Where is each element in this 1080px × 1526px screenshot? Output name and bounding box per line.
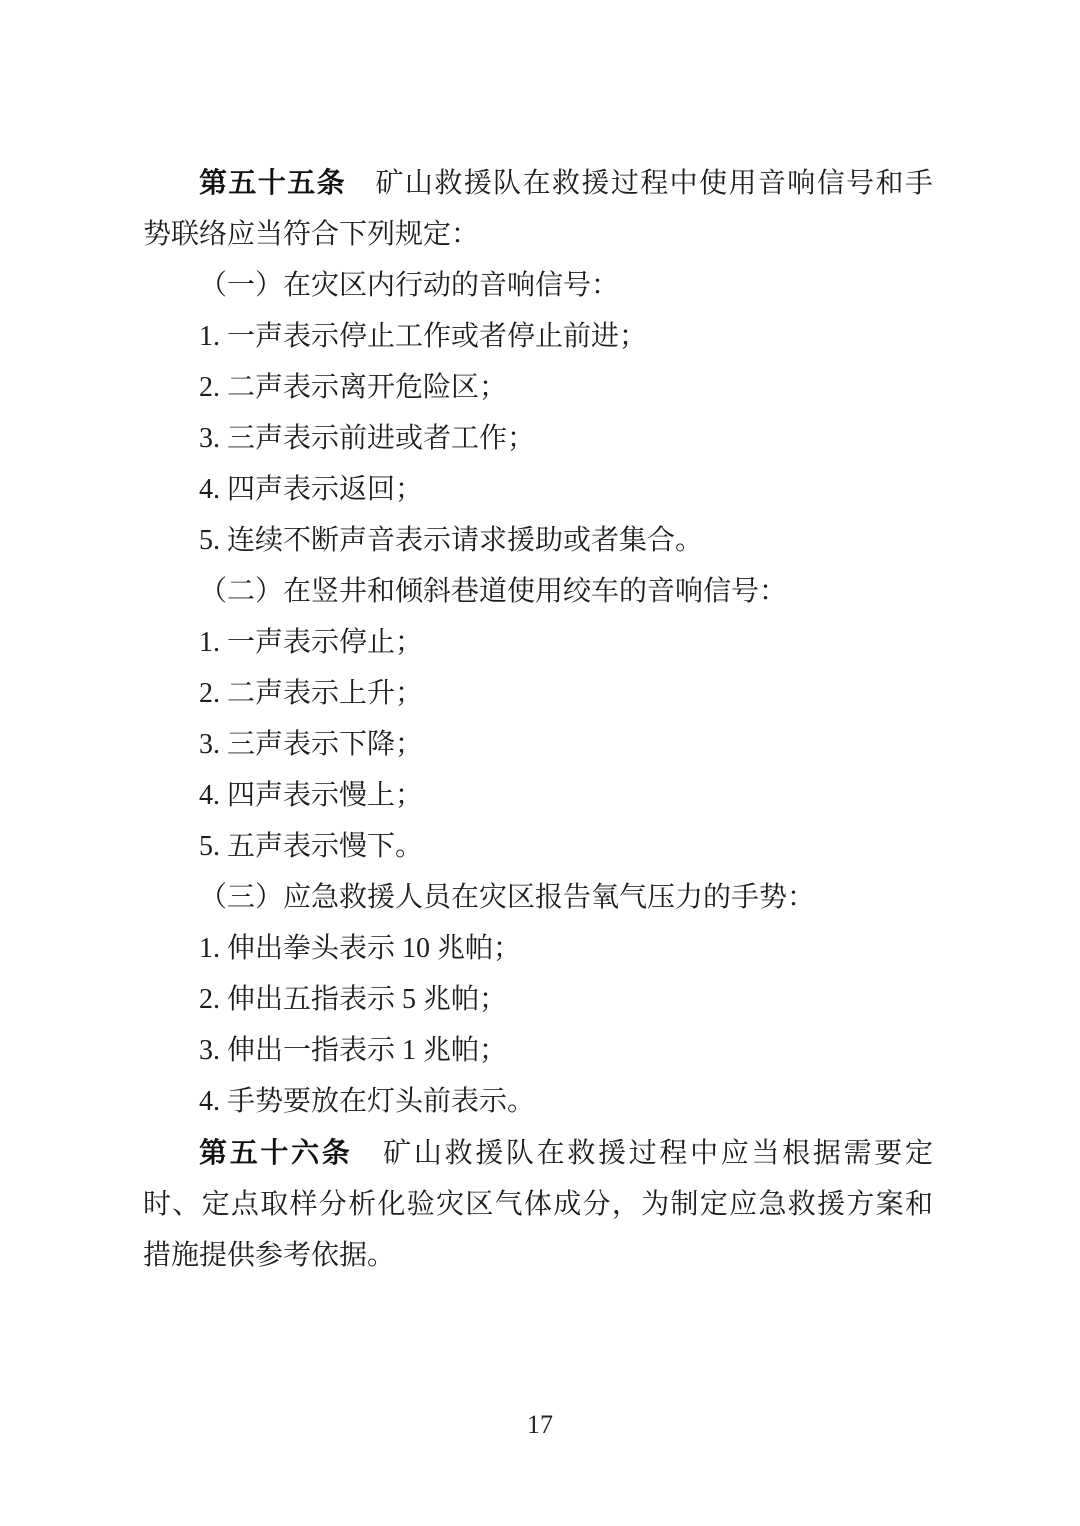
paragraph: 第五十五条 矿山救援队在救援过程中使用音响信号和手势联络应当符合下列规定： <box>143 157 933 260</box>
line-text: 矿山救援队在救援过程中使用音响信号和手 <box>346 168 933 199</box>
text-line: 2. 二声表示离开危险区； <box>143 362 933 413</box>
article-number: 第五十六条 <box>199 1137 352 1168</box>
line-text: 1. 一声表示停止工作或者停止前进； <box>199 321 647 352</box>
paragraph: 3. 伸出一指表示 1 兆帕； <box>143 1025 933 1076</box>
text-line: 5. 连续不断声音表示请求援助或者集合。 <box>143 515 933 566</box>
line-text: 矿山救援队在救援过程中应当根据需要定 <box>352 1138 933 1169</box>
article-number: 第五十五条 <box>199 167 346 198</box>
paragraph: 1. 一声表示停止工作或者停止前进； <box>143 311 933 362</box>
text-line: 3. 三声表示前进或者工作； <box>143 413 933 464</box>
paragraph: 3. 三声表示下降； <box>143 719 933 770</box>
text-line: （一）在灾区内行动的音响信号： <box>143 260 933 311</box>
line-text: 5. 五声表示慢下。 <box>199 831 423 862</box>
line-text: 1. 一声表示停止； <box>199 627 423 658</box>
text-line: 1. 一声表示停止； <box>143 617 933 668</box>
line-text: （一）在灾区内行动的音响信号： <box>199 270 619 301</box>
line-text: 时、定点取样分析化验灾区气体成分，为制定应急救援方案和 <box>143 1189 933 1220</box>
paragraph: 2. 二声表示离开危险区； <box>143 362 933 413</box>
line-text: 3. 三声表示下降； <box>199 729 423 760</box>
text-line: （二）在竖井和倾斜巷道使用绞车的音响信号： <box>143 566 933 617</box>
paragraph: 5. 五声表示慢下。 <box>143 821 933 872</box>
text-line: 2. 伸出五指表示 5 兆帕； <box>143 974 933 1025</box>
text-line: 4. 手势要放在灯头前表示。 <box>143 1076 933 1127</box>
text-line: 2. 二声表示上升； <box>143 668 933 719</box>
line-text: 1. 伸出拳头表示 10 兆帕； <box>199 933 521 964</box>
text-line: 时、定点取样分析化验灾区气体成分，为制定应急救援方案和 <box>143 1179 933 1230</box>
text-line: 1. 伸出拳头表示 10 兆帕； <box>143 923 933 974</box>
text-line: （三）应急救援人员在灾区报告氧气压力的手势： <box>143 872 933 923</box>
paragraph: 4. 四声表示慢上； <box>143 770 933 821</box>
line-text: 4. 四声表示慢上； <box>199 780 423 811</box>
line-text: 2. 伸出五指表示 5 兆帕； <box>199 984 507 1015</box>
text-line: 4. 四声表示慢上； <box>143 770 933 821</box>
paragraph: 3. 三声表示前进或者工作； <box>143 413 933 464</box>
paragraph: 4. 手势要放在灯头前表示。 <box>143 1076 933 1127</box>
page-number: 17 <box>0 1408 1080 1442</box>
paragraph: （二）在竖井和倾斜巷道使用绞车的音响信号： <box>143 566 933 617</box>
line-text: （二）在竖井和倾斜巷道使用绞车的音响信号： <box>199 576 787 607</box>
text-line: 1. 一声表示停止工作或者停止前进； <box>143 311 933 362</box>
line-text: （三）应急救援人员在灾区报告氧气压力的手势： <box>199 882 815 913</box>
paragraph: 1. 伸出拳头表示 10 兆帕； <box>143 923 933 974</box>
paragraph: （一）在灾区内行动的音响信号： <box>143 260 933 311</box>
line-text: 2. 二声表示上升； <box>199 678 423 709</box>
text-line: 措施提供参考依据。 <box>143 1230 933 1281</box>
text-line: 4. 四声表示返回； <box>143 464 933 515</box>
text-line: 5. 五声表示慢下。 <box>143 821 933 872</box>
paragraph: 1. 一声表示停止； <box>143 617 933 668</box>
paragraph: 2. 二声表示上升； <box>143 668 933 719</box>
line-text: 4. 手势要放在灯头前表示。 <box>199 1086 535 1117</box>
paragraph: 2. 伸出五指表示 5 兆帕； <box>143 974 933 1025</box>
line-text: 3. 三声表示前进或者工作； <box>199 423 535 454</box>
line-text: 势联络应当符合下列规定： <box>143 219 479 250</box>
line-text: 3. 伸出一指表示 1 兆帕； <box>199 1035 507 1066</box>
paragraph: 4. 四声表示返回； <box>143 464 933 515</box>
paragraph: 第五十六条 矿山救援队在救援过程中应当根据需要定时、定点取样分析化验灾区气体成分… <box>143 1127 933 1281</box>
line-text: 2. 二声表示离开危险区； <box>199 372 507 403</box>
line-text: 5. 连续不断声音表示请求援助或者集合。 <box>199 525 703 556</box>
text-line: 3. 伸出一指表示 1 兆帕； <box>143 1025 933 1076</box>
line-text: 措施提供参考依据。 <box>143 1240 395 1271</box>
text-line: 第五十五条 矿山救援队在救援过程中使用音响信号和手 <box>143 157 933 209</box>
document-body: 第五十五条 矿山救援队在救援过程中使用音响信号和手势联络应当符合下列规定：（一）… <box>143 157 933 1281</box>
paragraph: （三）应急救援人员在灾区报告氧气压力的手势： <box>143 872 933 923</box>
text-line: 3. 三声表示下降； <box>143 719 933 770</box>
text-line: 第五十六条 矿山救援队在救援过程中应当根据需要定 <box>143 1127 933 1179</box>
line-text: 4. 四声表示返回； <box>199 474 423 505</box>
text-line: 势联络应当符合下列规定： <box>143 209 933 260</box>
paragraph: 5. 连续不断声音表示请求援助或者集合。 <box>143 515 933 566</box>
document-page: 第五十五条 矿山救援队在救援过程中使用音响信号和手势联络应当符合下列规定：（一）… <box>0 0 1080 1526</box>
